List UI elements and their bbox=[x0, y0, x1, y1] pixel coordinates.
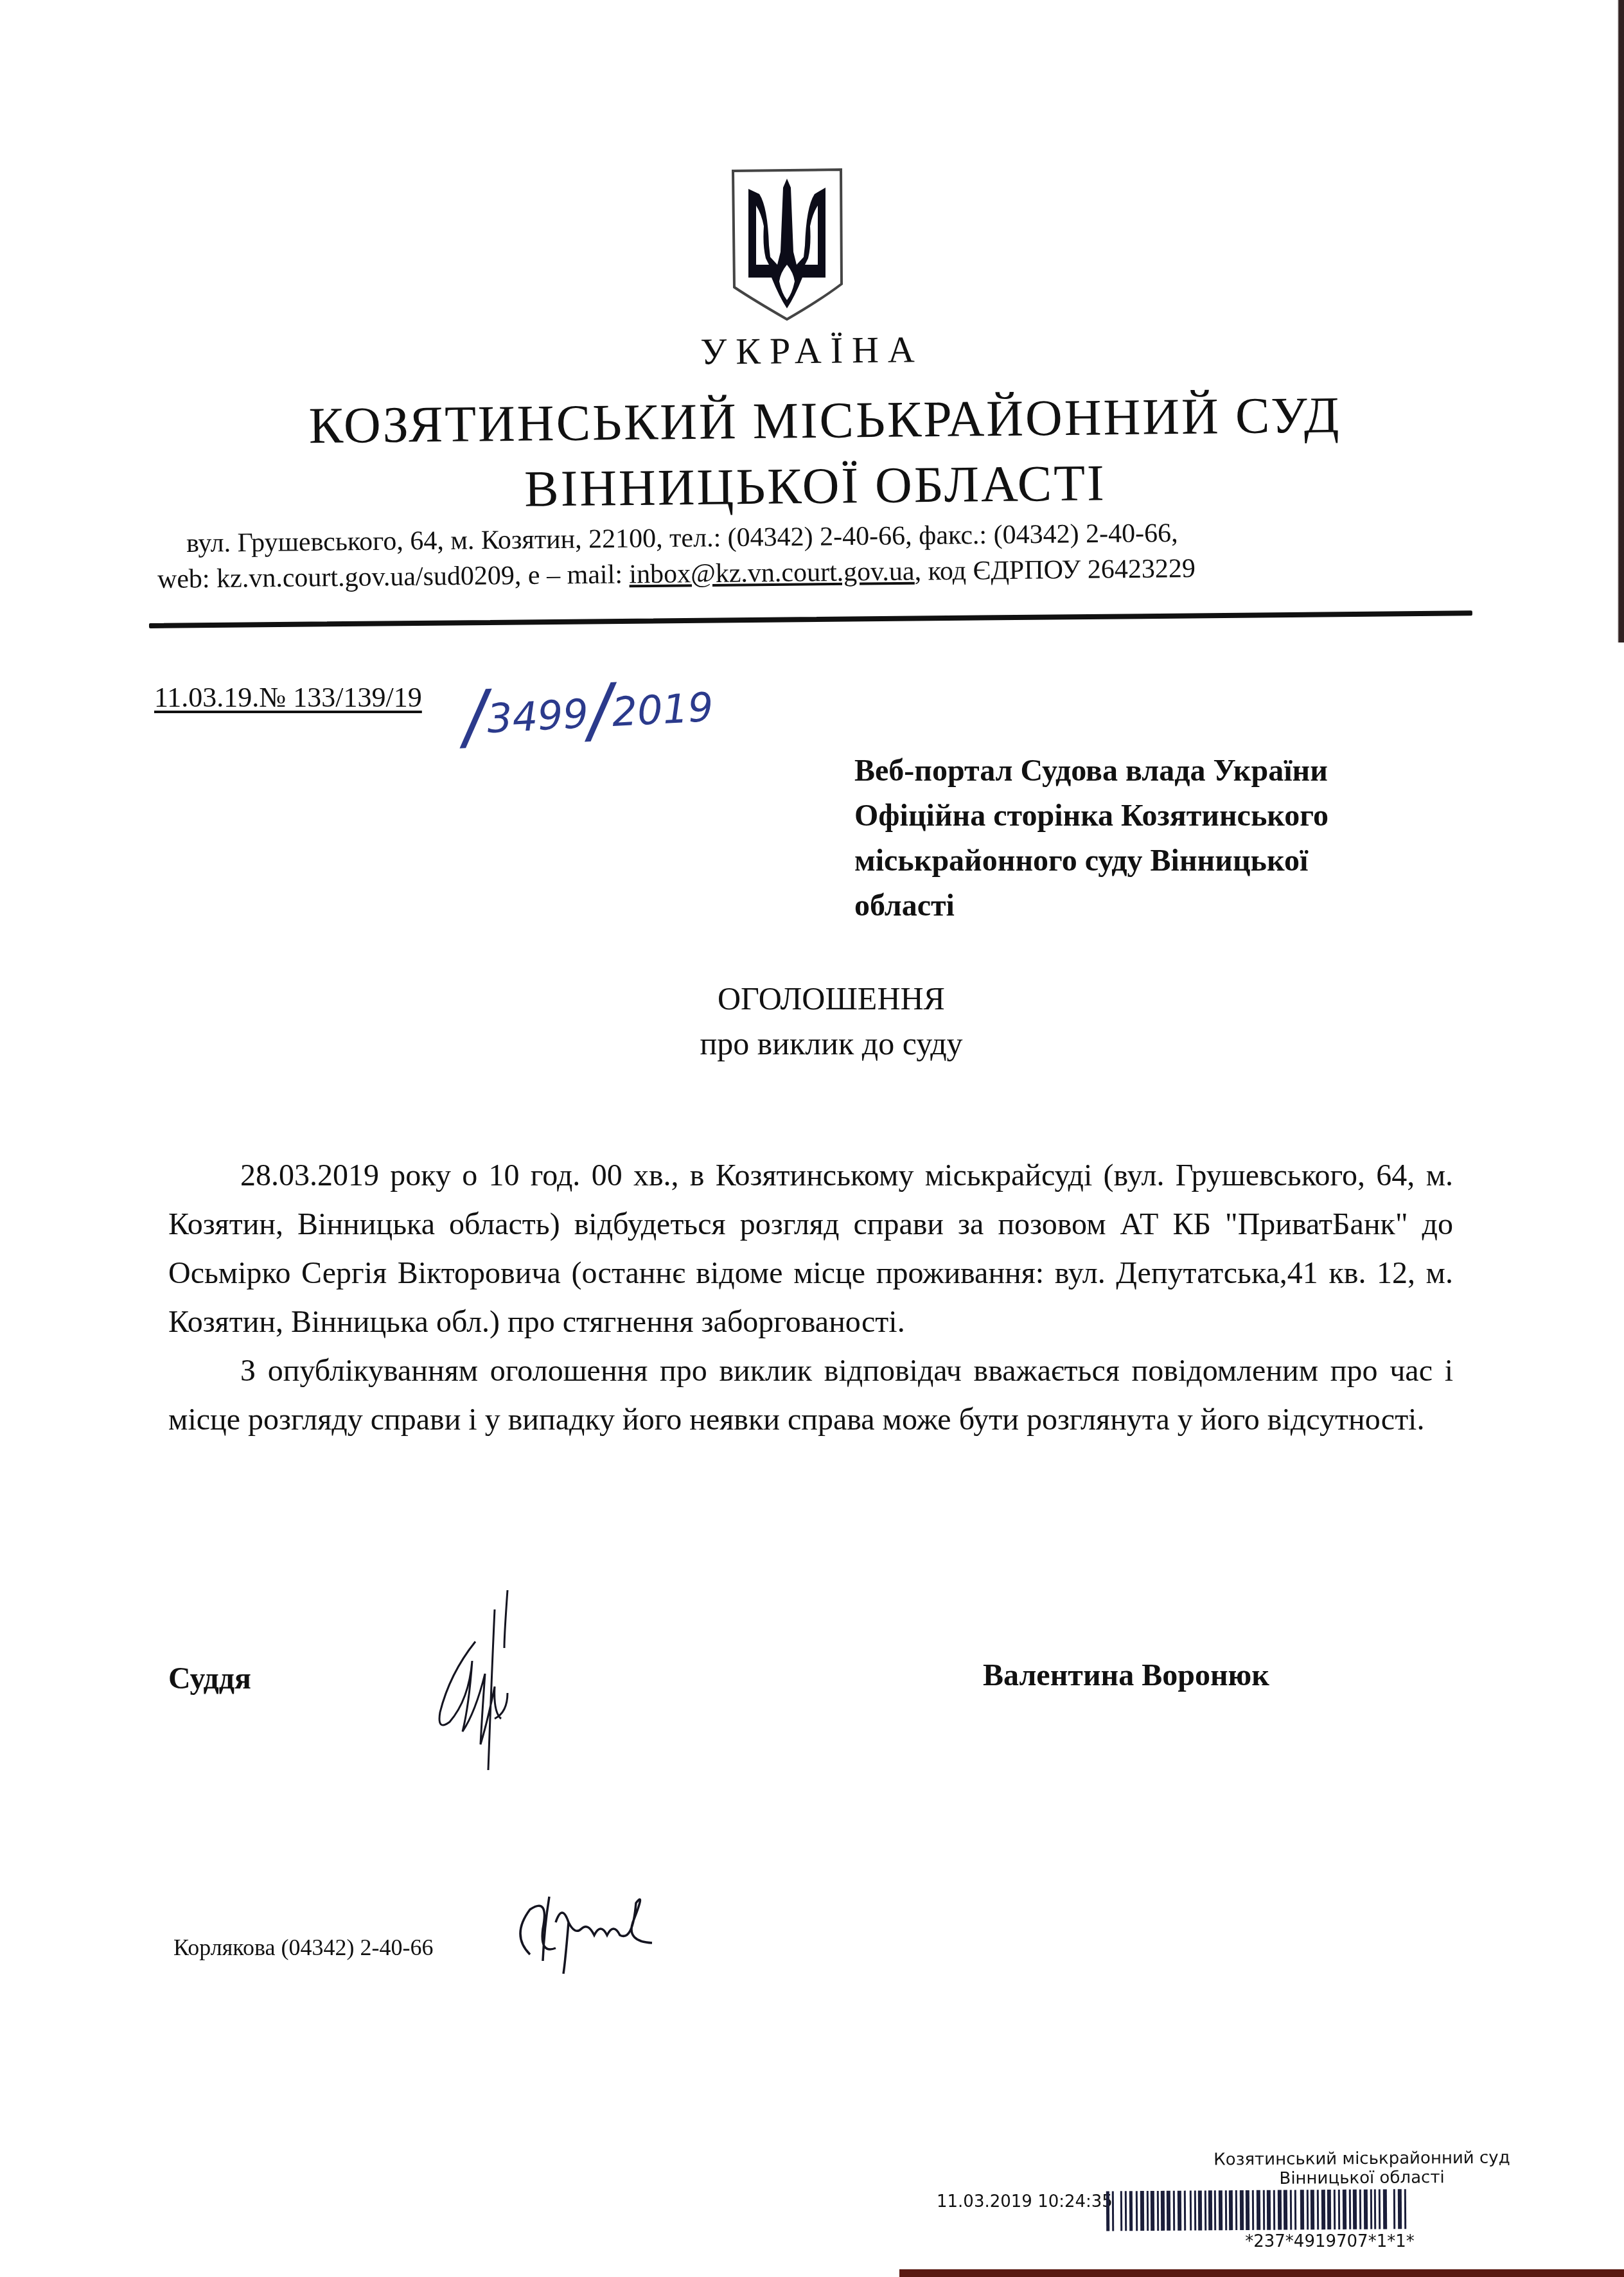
clerk-signature bbox=[504, 1884, 723, 1980]
registration-barcode bbox=[1106, 2188, 1562, 2231]
notice-paragraph: 28.03.2019 року о 10 год. 00 хв., в Козя… bbox=[168, 1151, 1453, 1347]
notice-subtitle: про виклик до суду bbox=[0, 1025, 1624, 1062]
addressee-line: області bbox=[854, 883, 1328, 928]
scan-bottom-edge bbox=[899, 2269, 1624, 2277]
header-email-link[interactable]: inbox@kz.vn.court.gov.ua bbox=[629, 557, 915, 590]
header-web: web: kz.vn.court.gov.ua/sud0209, е – mai… bbox=[157, 560, 622, 594]
notice-body: 28.03.2019 року о 10 год. 00 хв., в Козя… bbox=[168, 1151, 1453, 1444]
reference-number: 11.03.19.№ 133/139/19 bbox=[154, 681, 422, 714]
registration-datetime: 11.03.2019 10:24:35 bbox=[937, 2192, 1113, 2211]
header-contacts: web: kz.vn.court.gov.ua/sud0209, е – mai… bbox=[157, 553, 1196, 595]
handwritten-number: 3499 bbox=[486, 690, 589, 742]
header-divider bbox=[149, 610, 1472, 628]
addressee-line: міськрайонного суду Вінницької bbox=[854, 838, 1328, 883]
judge-signature bbox=[411, 1584, 604, 1776]
header-country: УКРАЇНА bbox=[0, 321, 1624, 380]
addressee-line: Веб-портал Судова влада України bbox=[854, 749, 1328, 793]
header-court-region: ВІННИЦЬКОЇ ОБЛАСТІ bbox=[0, 449, 1624, 524]
stamp-court-line: Козятинський міськрайонний суд bbox=[1201, 2148, 1522, 2169]
addressee-block: Веб-портал Судова влада України Офіційна… bbox=[854, 749, 1328, 928]
addressee-line: Офіційна сторінка Козятинського bbox=[854, 793, 1328, 838]
trident-coat-of-arms-icon bbox=[730, 168, 843, 321]
reference-printed: 11.03.19.№ 133/139/19 bbox=[154, 682, 422, 713]
notice-title: ОГОЛОШЕННЯ bbox=[0, 980, 1624, 1017]
reference-handwritten: /3499/2019 bbox=[461, 655, 715, 750]
barcode-number: *237*4919707*1*1* bbox=[1208, 2232, 1452, 2251]
notice-paragraph: З опублікуванням оголошення про виклик в… bbox=[168, 1347, 1453, 1444]
header-address: вул. Грушевського, 64, м. Козятин, 22100… bbox=[186, 518, 1178, 559]
header-court-name: КОЗЯТИНСЬКИЙ МІСЬКРАЙОННИЙ СУД bbox=[0, 384, 1624, 459]
handwritten-year: 2019 bbox=[611, 684, 714, 736]
stamp-court-line: Вінницької області bbox=[1201, 2167, 1522, 2188]
judge-name: Валентина Воронюк bbox=[983, 1658, 1269, 1693]
contact-person: Корлякова (04342) 2-40-66 bbox=[173, 1934, 433, 1961]
judge-role-label: Суддя bbox=[168, 1661, 251, 1696]
registration-stamp-court: Козятинський міськрайонний суд Вінницько… bbox=[1201, 2148, 1522, 2188]
header-edrpou: код ЄДРПОУ 26423229 bbox=[928, 554, 1196, 586]
